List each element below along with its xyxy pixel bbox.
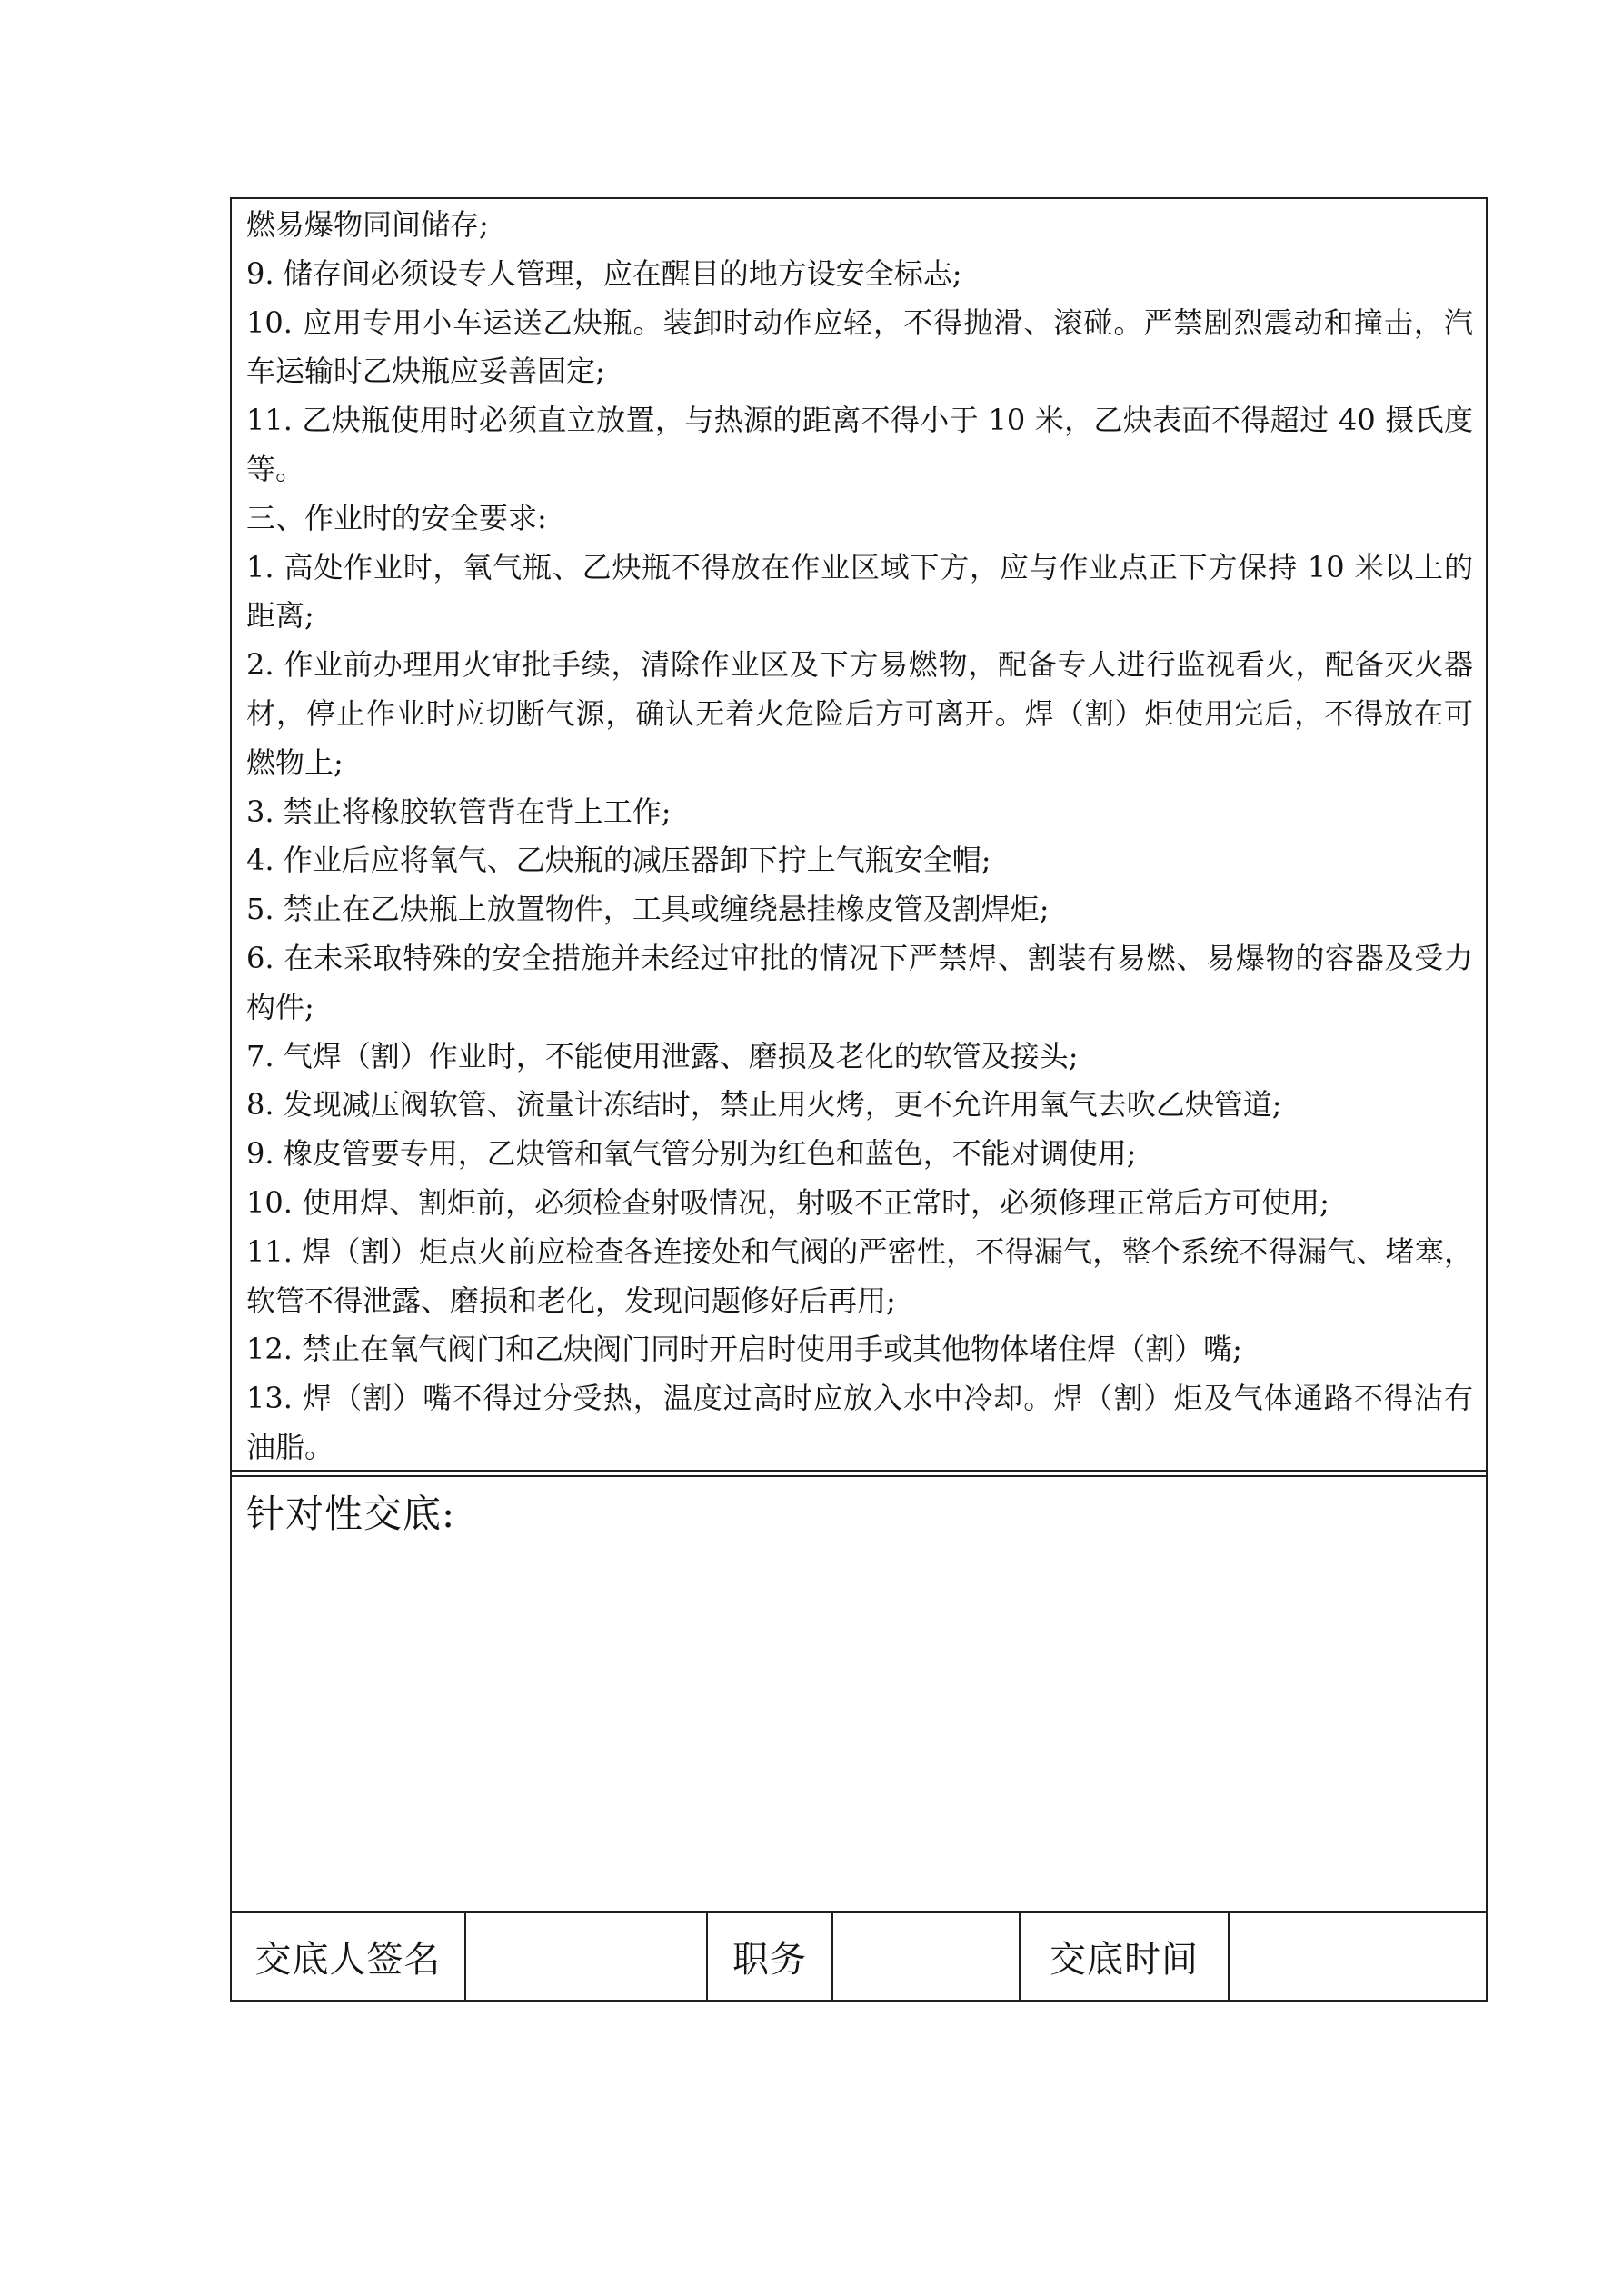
- safety-text-line: 9. 储存间必须设专人管理，应在醒目的地方设安全标志;: [246, 250, 1473, 299]
- document-page: 燃易爆物同间储存;9. 储存间必须设专人管理，应在醒目的地方设安全标志;10. …: [0, 0, 1623, 2296]
- position-field[interactable]: [831, 1913, 1019, 2000]
- briefer-signature-field[interactable]: [464, 1913, 706, 2000]
- safety-text-line: 11. 乙炔瓶使用时必须直立放置，与热源的距离不得小于 10 米，乙炔表面不得超…: [246, 396, 1473, 445]
- safety-text-line: 7. 气焊（割）作业时，不能使用泄露、磨损及老化的软管及接头;: [246, 1033, 1473, 1082]
- targeted-briefing-label: 针对性交底:: [246, 1488, 1473, 1541]
- briefer-signature-label: 交底人签名: [232, 1913, 464, 2000]
- briefing-table: 燃易爆物同间储存;9. 储存间必须设专人管理，应在醒目的地方设安全标志;10. …: [230, 197, 1488, 2002]
- safety-text-line: 软管不得泄露、磨损和老化，发现问题修好后再用;: [246, 1277, 1473, 1326]
- targeted-briefing-section: 针对性交底:: [232, 1475, 1486, 1911]
- safety-text-line: 11. 焊（割）炬点火前应检查各连接处和气阀的严密性，不得漏气，整个系统不得漏气…: [246, 1228, 1473, 1277]
- signature-row: 交底人签名 职务 交底时间: [232, 1911, 1486, 2000]
- position-label: 职务: [706, 1913, 831, 2000]
- safety-text-line: 10. 使用焊、割炬前，必须检查射吸情况，射吸不正常时，必须修理正常后方可使用;: [246, 1179, 1473, 1228]
- safety-text-line: 三、作业时的安全要求:: [246, 494, 1473, 544]
- safety-text-line: 13. 焊（割）嘴不得过分受热，温度过高时应放入水中冷却。焊（割）炬及气体通路不…: [246, 1374, 1473, 1423]
- safety-text-line: 9. 橡皮管要专用，乙炔管和氧气管分别为红色和蓝色，不能对调使用;: [246, 1130, 1473, 1179]
- targeted-briefing-blank-area[interactable]: [246, 1541, 1473, 1886]
- safety-text-line: 油脂。: [246, 1423, 1473, 1472]
- safety-text-line: 构件;: [246, 983, 1473, 1033]
- safety-text-line: 6. 在未采取特殊的安全措施并未经过审批的情况下严禁焊、割装有易燃、易爆物的容器…: [246, 934, 1473, 983]
- safety-text-line: 2. 作业前办理用火审批手续，清除作业区及下方易燃物，配备专人进行监视看火，配备…: [246, 641, 1473, 690]
- briefing-time-field[interactable]: [1228, 1913, 1486, 2000]
- safety-text-line: 燃物上;: [246, 739, 1473, 788]
- safety-text-line: 5. 禁止在乙炔瓶上放置物件，工具或缠绕悬挂橡皮管及割焊炬;: [246, 885, 1473, 934]
- briefing-time-label: 交底时间: [1019, 1913, 1228, 2000]
- safety-text-line: 3. 禁止将橡胶软管背在背上工作;: [246, 788, 1473, 837]
- safety-text-line: 等。: [246, 445, 1473, 494]
- safety-text-line: 12. 禁止在氧气阀门和乙炔阀门同时开启时使用手或其他物体堵住焊（割）嘴;: [246, 1325, 1473, 1374]
- safety-text-line: 车运输时乙炔瓶应妥善固定;: [246, 347, 1473, 396]
- safety-text-line: 1. 高处作业时，氧气瓶、乙炔瓶不得放在作业区域下方，应与作业点正下方保持 10…: [246, 544, 1473, 593]
- safety-text-line: 8. 发现减压阀软管、流量计冻结时，禁止用火烤，更不允许用氧气去吹乙炔管道;: [246, 1081, 1473, 1130]
- safety-requirements-text: 燃易爆物同间储存;9. 储存间必须设专人管理，应在醒目的地方设安全标志;10. …: [232, 199, 1486, 1472]
- safety-text-line: 材，停止作业时应切断气源，确认无着火危险后方可离开。焊（割）炬使用完后，不得放在…: [246, 690, 1473, 739]
- safety-text-line: 4. 作业后应将氧气、乙炔瓶的减压器卸下拧上气瓶安全帽;: [246, 836, 1473, 885]
- safety-text-line: 燃易爆物同间储存;: [246, 201, 1473, 250]
- safety-text-line: 距离;: [246, 592, 1473, 641]
- safety-text-line: 10. 应用专用小车运送乙炔瓶。装卸时动作应轻，不得抛滑、滚碰。严禁剧烈震动和撞…: [246, 299, 1473, 348]
